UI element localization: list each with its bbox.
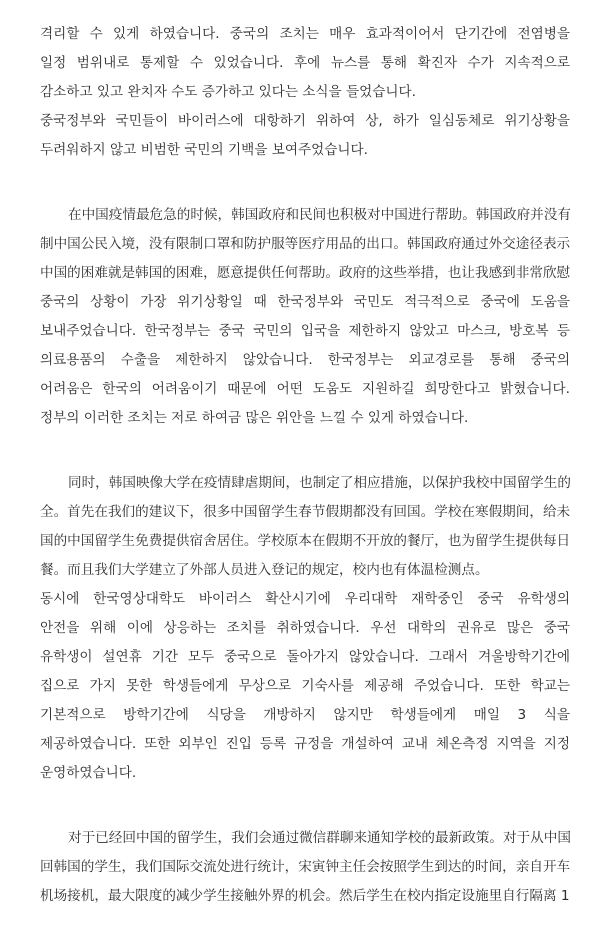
text-line: 제공하였습니다. 또한 외부인 진입 등록 규정을 개설하여 교내 체온측정 지… xyxy=(40,730,570,759)
text-line: 안전을 위해 이에 상응하는 조치를 취하였습니다. 우선 대학의 권유로 많은… xyxy=(40,614,570,643)
text-line: 中国的困难就是韩国的困难，愿意提供任何帮助。政府的这些举措，也让我感到非常欣慰。 xyxy=(40,259,570,288)
text-line: 보내주었습니다. 한국정부는 중국 국민의 입국을 제한하지 않았고 마스크, … xyxy=(40,317,570,346)
text-line: 餐。而且我们大学建立了外部人员进入登记的规定，校内也有体温检测点。 xyxy=(40,556,570,585)
text-line: 두려워하지 않고 비범한 국민의 기백을 보여주었습니다. xyxy=(40,136,570,165)
paragraph-returning-students: 对于已经回中国的留学生，我们会通过微信群聊来通知学校的最新政策。对于从中国返 回… xyxy=(40,824,570,911)
text-line: 어려움은 한국의 어려움이기 때문에 어떤 도움도 지원하길 희망한다고 밝혔습… xyxy=(40,375,570,404)
text-line: 의료용품의 수출을 제한하지 않았습니다. 한국정부는 외교경로를 통해 중국의 xyxy=(40,346,570,375)
text-line: 집으로 가지 못한 학생들에게 무상으로 기숙사를 제공해 주었습니다. 또한 … xyxy=(40,672,570,701)
paragraph-gap xyxy=(40,433,570,469)
paragraph-korean-china-response: 격리할 수 있게 하였습니다. 중국의 조치는 매우 효과적이어서 단기간에 전… xyxy=(40,20,570,165)
text-line: 同时，韩国映像大学在疫情肆虐期间，也制定了相应措施，以保护我校中国留学生的安 xyxy=(40,469,570,498)
text-line: 일정 범위내로 통제할 수 있었습니다. 후에 뉴스를 통해 확진자 수가 지속… xyxy=(40,49,570,78)
text-line: 중국의 상황이 가장 위기상황일 때 한국정부와 국민도 적극적으로 중국에 도… xyxy=(40,288,570,317)
text-line: 全。首先在我们的建议下，很多中国留学生春节假期都没有回国。学校在寒假期间，给未回 xyxy=(40,498,570,527)
text-line: 유학생이 설연휴 기간 모두 중국으로 돌아가지 않았습니다. 그래서 겨울방학… xyxy=(40,643,570,672)
text-line: 운영하였습니다. xyxy=(40,759,570,788)
paragraph-korea-government-help: 在中国疫情最危急的时候，韩国政府和民间也积极对中国进行帮助。韩国政府并没有限 制… xyxy=(40,201,570,433)
text-line: 중국정부와 국민들이 바이러스에 대항하기 위하여 상, 하가 일심동체로 위기… xyxy=(40,107,570,136)
text-line: 기본적으로 방학기간에 식당을 개방하지 않지만 학생들에게 매일 3 식을 xyxy=(40,701,570,730)
text-line: 동시에 한국영상대학도 바이러스 확산시기에 우리대학 재학중인 중국 유학생의 xyxy=(40,585,570,614)
document-page: 격리할 수 있게 하였습니다. 중국의 조치는 매우 효과적이어서 단기간에 전… xyxy=(40,20,570,911)
text-line: 回韩国的学生，我们国际交流处进行统计，宋寅钟主任会按照学生到达的时间，亲自开车到 xyxy=(40,853,570,882)
text-line: 감소하고 있고 완치자 수도 증가하고 있다는 소식을 들었습니다. xyxy=(40,78,570,107)
text-line: 정부의 이러한 조치는 저로 하여금 많은 위안을 느낄 수 있게 하였습니다. xyxy=(40,404,570,433)
text-line: 对于已经回中国的留学生，我们会通过微信群聊来通知学校的最新政策。对于从中国返 xyxy=(40,824,570,853)
paragraph-gap xyxy=(40,165,570,201)
text-line: 机场接机，最大限度的减少学生接触外界的机会。然后学生在校内指定设施里自行隔离 1… xyxy=(40,882,570,911)
text-line: 격리할 수 있게 하였습니다. 중국의 조치는 매우 효과적이어서 단기간에 전… xyxy=(40,20,570,49)
text-line: 在中国疫情最危急的时候，韩国政府和民间也积极对中国进行帮助。韩国政府并没有限 xyxy=(40,201,570,230)
paragraph-university-measures: 同时，韩国映像大学在疫情肆虐期间，也制定了相应措施，以保护我校中国留学生的安 全… xyxy=(40,469,570,788)
text-line: 制中国公民入境，没有限制口罩和防护服等医疗用品的出口。韩国政府通过外交途径表示： xyxy=(40,230,570,259)
text-line: 国的中国留学生免费提供宿舍居住。学校原本在假期不开放的餐厅，也为留学生提供每日三 xyxy=(40,527,570,556)
paragraph-gap xyxy=(40,788,570,824)
